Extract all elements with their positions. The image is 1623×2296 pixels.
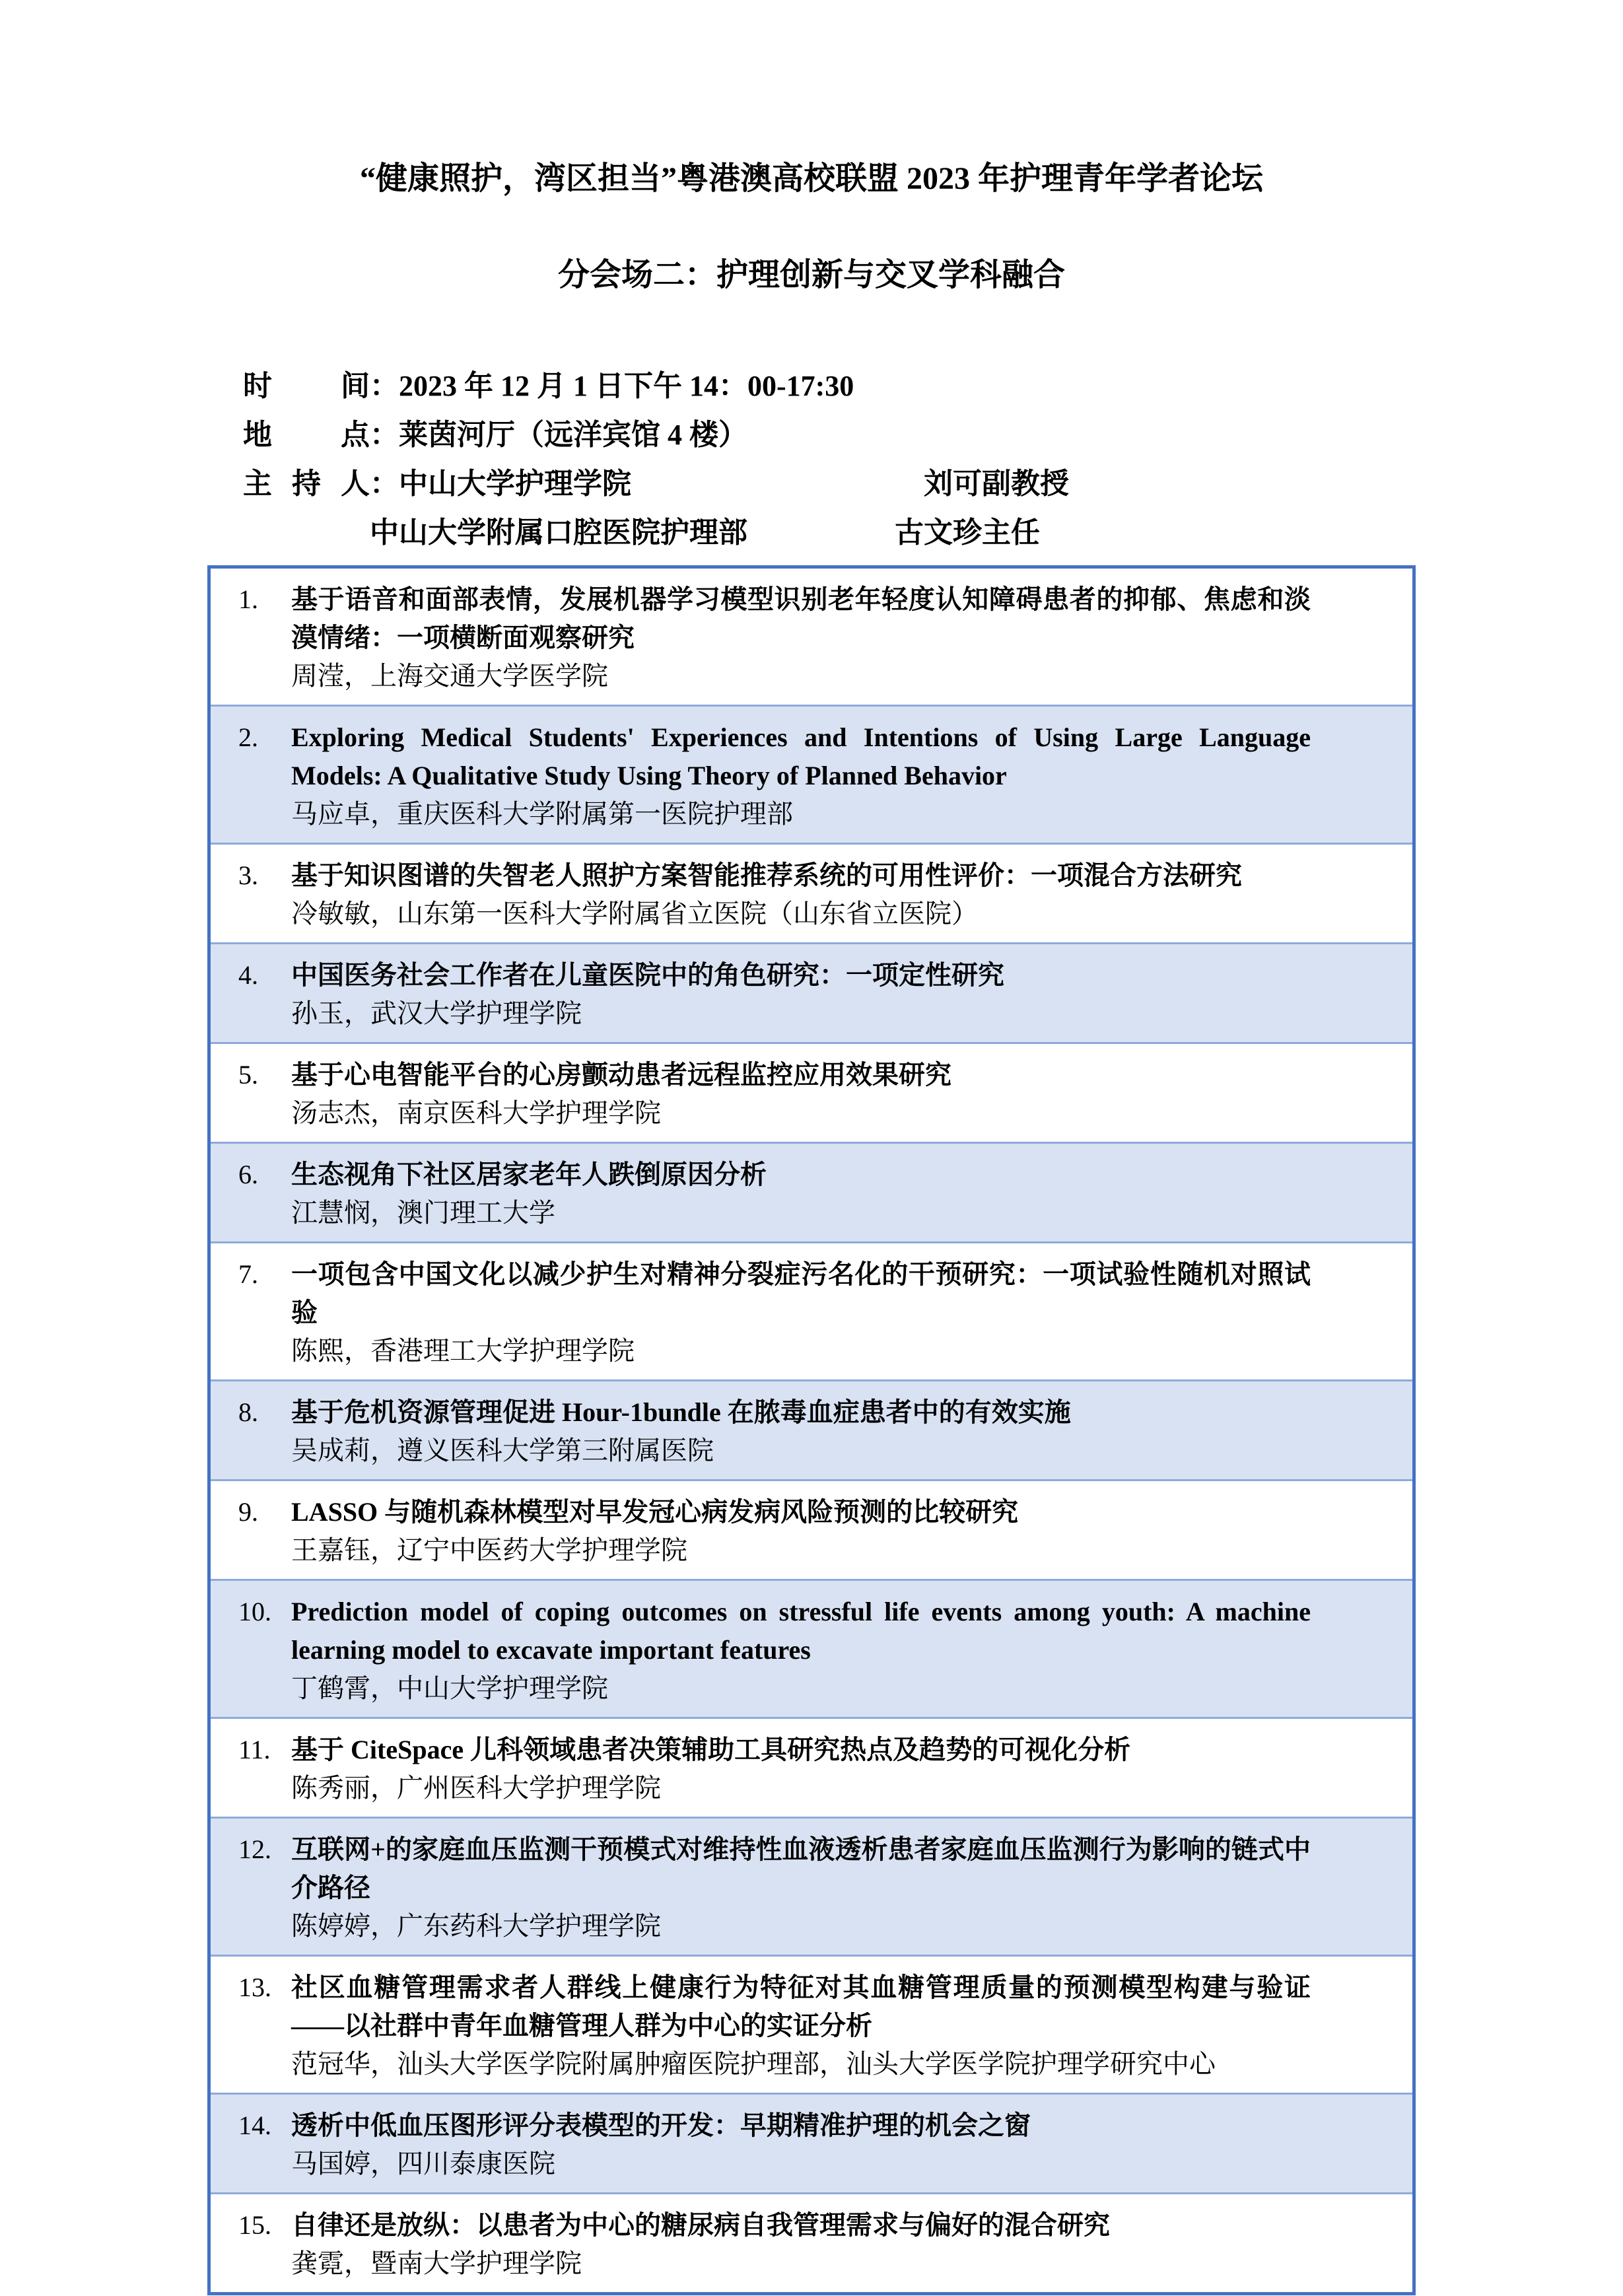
document-title: “健康照护，湾区担当”粤港澳高校联盟 2023 年护理青年学者论坛 [0,0,1623,199]
info-colon: ： [370,411,399,460]
agenda-item-author: 王嘉钰，辽宁中医药大学护理学院 [291,1531,1311,1570]
agenda-item-number: 15. [211,2206,291,2283]
agenda-row-14: 14. 透析中低血压图形评分表模型的开发：早期精准护理的机会之窗 马国婷，四川泰… [211,2093,1412,2192]
agenda-item-title: 基于 CiteSpace 儿科领域患者决策辅助工具研究热点及趋势的可视化分析 [291,1731,1311,1769]
agenda-item-author: 孙玉，武汉大学护理学院 [291,994,1311,1033]
agenda-item-number: 5. [211,1056,291,1132]
agenda-item-author: 陈秀丽，广州医科大学护理学院 [291,1769,1311,1807]
agenda-item-author: 马国婷，四川泰康医院 [291,2145,1311,2183]
agenda-item-number: 2. [211,718,291,833]
agenda-table: 1. 基于语音和面部表情，发展机器学习模型识别老年轻度认知障碍患者的抑郁、焦虑和… [207,565,1416,2295]
agenda-item-author: 丁鹤霄，中山大学护理学院 [291,1669,1311,1708]
agenda-item-number: 14. [211,2106,291,2183]
agenda-item-title: 中国医务社会工作者在儿童医院中的角色研究：一项定性研究 [291,956,1311,994]
agenda-item-author: 冷敏敏，山东第一医科大学附属省立医院（山东省立医院） [291,895,1311,933]
agenda-item-number: 12. [211,1830,291,1945]
agenda-item-number: 3. [211,856,291,933]
agenda-item-title: 透析中低血压图形评分表模型的开发：早期精准护理的机会之窗 [291,2106,1311,2145]
info-label-location: 地点 [243,411,370,460]
info-value-host-org-1: 中山大学护理学院 [399,460,924,508]
agenda-item-author: 陈熙，香港理工大学护理学院 [291,1332,1311,1370]
agenda-item-title: 互联网+的家庭血压监测干预模式对维持性血液透析患者家庭血压监测行为影响的链式中介… [291,1830,1311,1907]
agenda-item-title: Exploring Medical Students' Experiences … [291,718,1311,795]
agenda-item-title: 社区血糖管理需求者人群线上健康行为特征对其血糖管理质量的预测模型构建与验证——以… [291,1968,1311,2045]
agenda-row-8: 8. 基于危机资源管理促进 Hour-1bundle 在脓毒血症患者中的有效实施… [211,1379,1412,1479]
info-host-person-1: 刘可副教授 [924,460,1069,508]
agenda-item-author: 范冠华，汕头大学医学院附属肿瘤医院护理部，汕头大学医学院护理学研究中心 [291,2045,1311,2083]
info-label-host: 主持人 [243,460,370,508]
info-row-location: 地点： 莱茵河厅（远洋宾馆 4 楼） [243,411,1623,460]
agenda-item-number: 8. [211,1393,291,1470]
agenda-item-title: 生态视角下社区居家老年人跌倒原因分析 [291,1156,1311,1194]
agenda-item-title: 基于心电智能平台的心房颤动患者远程监控应用效果研究 [291,1056,1311,1094]
info-row-host-2: 中山大学附属口腔医院护理部 古文珍主任 [243,508,1623,557]
agenda-item-number: 11. [211,1731,291,1807]
agenda-row-3: 3. 基于知识图谱的失智老人照护方案智能推荐系统的可用性评价：一项混合方法研究 … [211,843,1412,942]
agenda-item-author: 汤志杰，南京医科大学护理学院 [291,1094,1311,1132]
agenda-row-2: 2. Exploring Medical Students' Experienc… [211,705,1412,843]
agenda-item-author: 江慧悯，澳门理工大学 [291,1194,1311,1232]
info-value-time: 2023 年 12 月 1 日下午 14：00-17:30 [399,362,924,411]
agenda-row-1: 1. 基于语音和面部表情，发展机器学习模型识别老年轻度认知障碍患者的抑郁、焦虑和… [211,569,1412,705]
info-row-host-1: 主持人： 中山大学护理学院 刘可副教授 [243,460,1623,508]
agenda-item-author: 龚霓，暨南大学护理学院 [291,2244,1311,2283]
agenda-item-author: 周滢，上海交通大学医学院 [291,657,1311,695]
agenda-item-number: 13. [211,1968,291,2083]
agenda-item-title: Prediction model of coping outcomes on s… [291,1593,1311,1669]
info-colon: ： [370,362,399,411]
agenda-item-number: 10. [211,1593,291,1708]
document-subtitle: 分会场二：护理创新与交叉学科融合 [0,255,1623,296]
agenda-row-12: 12. 互联网+的家庭血压监测干预模式对维持性血液透析患者家庭血压监测行为影响的… [211,1817,1412,1955]
agenda-row-15: 15. 自律还是放纵：以患者为中心的糖尿病自我管理需求与偏好的混合研究 龚霓，暨… [211,2192,1412,2292]
info-label-time: 时间 [243,362,370,411]
agenda-item-title: 基于知识图谱的失智老人照护方案智能推荐系统的可用性评价：一项混合方法研究 [291,856,1311,895]
agenda-item-author: 陈婷婷，广东药科大学护理学院 [291,1907,1311,1945]
agenda-row-11: 11. 基于 CiteSpace 儿科领域患者决策辅助工具研究热点及趋势的可视化… [211,1717,1412,1817]
agenda-row-9: 9. LASSO 与随机森林模型对早发冠心病发病风险预测的比较研究 王嘉钰，辽宁… [211,1479,1412,1579]
agenda-row-7: 7. 一项包含中国文化以减少护生对精神分裂症污名化的干预研究：一项试验性随机对照… [211,1241,1412,1379]
agenda-item-author: 马应卓，重庆医科大学附属第一医院护理部 [291,795,1311,833]
agenda-item-number: 7. [211,1255,291,1370]
agenda-item-title: 一项包含中国文化以减少护生对精神分裂症污名化的干预研究：一项试验性随机对照试验 [291,1255,1311,1332]
info-value-location: 莱茵河厅（远洋宾馆 4 楼） [399,411,924,460]
agenda-row-5: 5. 基于心电智能平台的心房颤动患者远程监控应用效果研究 汤志杰，南京医科大学护… [211,1042,1412,1142]
agenda-item-number: 9. [211,1493,291,1570]
document-page: “健康照护，湾区担当”粤港澳高校联盟 2023 年护理青年学者论坛 分会场二：护… [0,0,1623,2296]
agenda-row-6: 6. 生态视角下社区居家老年人跌倒原因分析 江慧悯，澳门理工大学 [211,1142,1412,1241]
agenda-item-title: 自律还是放纵：以患者为中心的糖尿病自我管理需求与偏好的混合研究 [291,2206,1311,2244]
info-colon: ： [370,460,399,508]
agenda-row-4: 4. 中国医务社会工作者在儿童医院中的角色研究：一项定性研究 孙玉，武汉大学护理… [211,942,1412,1042]
agenda-row-10: 10. Prediction model of coping outcomes … [211,1579,1412,1717]
info-value-host-org-2: 中山大学附属口腔医院护理部 [370,508,895,557]
agenda-item-author: 吴成莉，遵义医科大学第三附属医院 [291,1432,1311,1470]
agenda-item-title: 基于语音和面部表情，发展机器学习模型识别老年轻度认知障碍患者的抑郁、焦虑和淡漠情… [291,580,1311,657]
session-info: 时间： 2023 年 12 月 1 日下午 14：00-17:30 地点： 莱茵… [243,362,1623,557]
agenda-row-13: 13. 社区血糖管理需求者人群线上健康行为特征对其血糖管理质量的预测模型构建与验… [211,1955,1412,2093]
agenda-item-title: LASSO 与随机森林模型对早发冠心病发病风险预测的比较研究 [291,1493,1311,1531]
agenda-item-title: 基于危机资源管理促进 Hour-1bundle 在脓毒血症患者中的有效实施 [291,1393,1311,1432]
info-row-time: 时间： 2023 年 12 月 1 日下午 14：00-17:30 [243,362,1623,411]
agenda-item-number: 4. [211,956,291,1033]
agenda-item-number: 6. [211,1156,291,1232]
agenda-item-number: 1. [211,580,291,695]
info-host-person-2: 古文珍主任 [895,508,1040,557]
